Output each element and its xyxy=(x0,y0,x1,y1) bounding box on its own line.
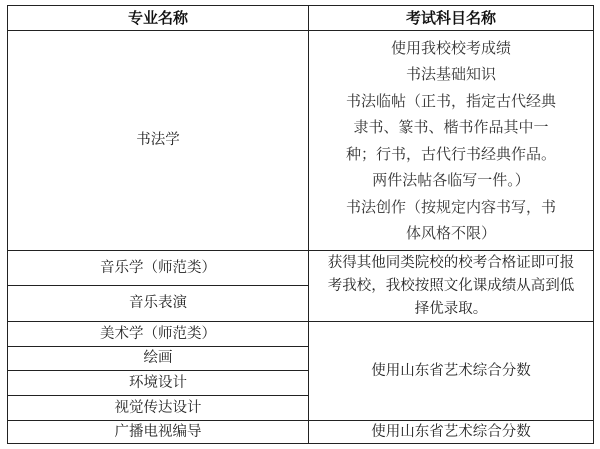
major-visual-communication-design: 视觉传达设计 xyxy=(8,396,308,420)
major-music-education: 音乐学（师范类） xyxy=(8,251,308,285)
table-border-right xyxy=(593,5,594,444)
subject-line: 两件法帖各临写一件。） xyxy=(372,167,530,194)
major-music-performance: 音乐表演 xyxy=(8,286,308,321)
major-calligraphy: 书法学 xyxy=(8,31,308,250)
major-broadcast-tv-directing: 广播电视编导 xyxy=(8,421,308,443)
subject-music: 获得其他同类院校的校考合格证即可报 考我校，我校按照文化课成绩从高到低 择优录取… xyxy=(309,251,593,321)
subject-line: 体风格不限） xyxy=(406,220,496,247)
subject-calligraphy: 使用我校校考成绩 书法基础知识 书法临帖（正书，指定古代经典 隶书、篆书、楷书作… xyxy=(309,31,593,250)
subject-line: 隶书、篆书、楷书作品其中一 xyxy=(353,114,548,141)
subject-line: 获得其他同类院校的校考合格证即可报 xyxy=(328,252,575,275)
major-environmental-design: 环境设计 xyxy=(8,371,308,395)
subject-line: 使用我校校考成绩 xyxy=(391,35,511,62)
subject-fine-arts: 使用山东省艺术综合分数 xyxy=(309,322,593,420)
subject-line: 考我校，我校按照文化课成绩从高到低 xyxy=(328,275,575,298)
subject-line: 种；行书，古代行书经典作品。 xyxy=(346,141,556,168)
header-exam-subject: 考试科目名称 xyxy=(309,5,593,31)
subject-line: 书法临帖（正书，指定古代经典 xyxy=(346,88,556,115)
subject-line: 择优录取。 xyxy=(415,298,488,321)
major-fine-arts-education: 美术学（师范类） xyxy=(8,322,308,346)
major-painting: 绘画 xyxy=(8,347,308,370)
subject-line: 书法基础知识 xyxy=(406,61,496,88)
subject-broadcast-tv-directing: 使用山东省艺术综合分数 xyxy=(309,421,593,443)
header-major-name: 专业名称 xyxy=(8,5,308,31)
subject-line: 书法创作（按规定内容书写，书 xyxy=(346,194,556,221)
